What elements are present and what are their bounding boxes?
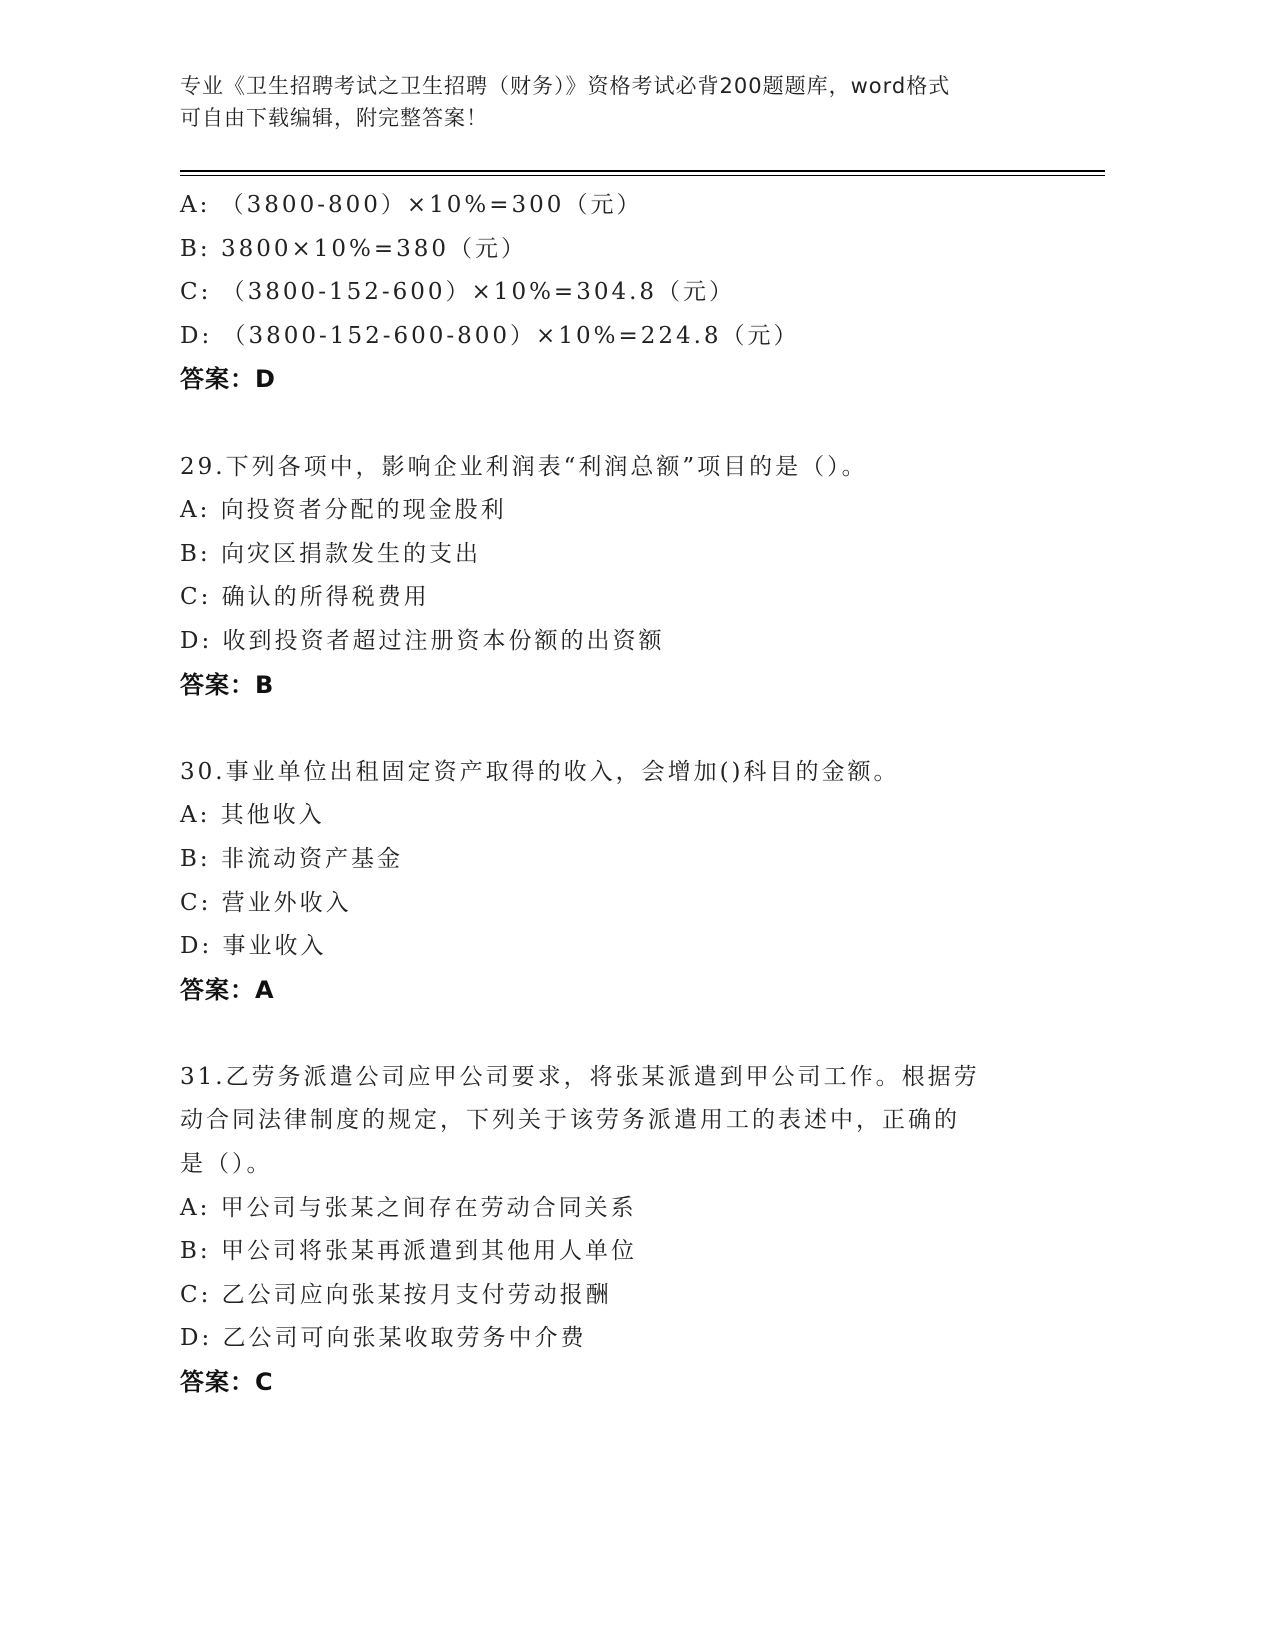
option-d: D: 事业收入 — [180, 925, 1040, 969]
option-c: C: 营业外收入 — [180, 882, 1040, 926]
option-d: D: （3800-152-600-800）×10%=224.8（元） — [180, 315, 1040, 359]
option-a: A: 甲公司与张某之间存在劳动合同关系 — [180, 1187, 1040, 1231]
document-body: A: （3800-800）×10%=300（元） B: 3800×10%=380… — [180, 184, 1040, 1405]
question-stem: 30.事业单位出租固定资产取得的收入，会增加()科目的金额。 — [180, 751, 1040, 795]
question-31: 31.乙劳务派遣公司应甲公司要求，将张某派遣到甲公司工作。根据劳 动合同法律制度… — [180, 1056, 1040, 1405]
header-divider — [180, 170, 1105, 176]
question-stem-line-3: 是（）。 — [180, 1143, 1040, 1187]
answer-line: 答案：B — [180, 664, 1040, 708]
header-title-line-1: 专业《卫生招聘考试之卫生招聘（财务）》资格考试必背200题题库，word格式 — [180, 70, 1040, 102]
question-stem-line-2: 动合同法律制度的规定，下列关于该劳务派遣用工的表述中，正确的 — [180, 1099, 1040, 1143]
document-header: 专业《卫生招聘考试之卫生招聘（财务）》资格考试必背200题题库，word格式 可… — [180, 70, 1040, 134]
option-c: C: 确认的所得税费用 — [180, 576, 1040, 620]
option-b: B: 甲公司将张某再派遣到其他用人单位 — [180, 1230, 1040, 1274]
question-30: 30.事业单位出租固定资产取得的收入，会增加()科目的金额。 A: 其他收入 B… — [180, 751, 1040, 1013]
question-29: 29.下列各项中，影响企业利润表“利润总额”项目的是（）。 A: 向投资者分配的… — [180, 446, 1040, 708]
option-b: B: 3800×10%=380（元） — [180, 228, 1040, 272]
spacer — [180, 707, 1040, 751]
option-d: D: 收到投资者超过注册资本份额的出资额 — [180, 620, 1040, 664]
option-b: B: 非流动资产基金 — [180, 838, 1040, 882]
option-b: B: 向灾区捐款发生的支出 — [180, 533, 1040, 577]
header-title-line-2: 可自由下载编辑，附完整答案！ — [180, 102, 1040, 134]
answer-line: 答案：C — [180, 1361, 1040, 1405]
question-28-continued: A: （3800-800）×10%=300（元） B: 3800×10%=380… — [180, 184, 1040, 402]
option-a: A: 向投资者分配的现金股利 — [180, 489, 1040, 533]
question-stem: 29.下列各项中，影响企业利润表“利润总额”项目的是（）。 — [180, 446, 1040, 490]
option-c: C: （3800-152-600）×10%=304.8（元） — [180, 271, 1040, 315]
option-a: A: 其他收入 — [180, 794, 1040, 838]
option-a: A: （3800-800）×10%=300（元） — [180, 184, 1040, 228]
answer-line: 答案：D — [180, 358, 1040, 402]
option-d: D: 乙公司可向张某收取劳务中介费 — [180, 1317, 1040, 1361]
answer-line: 答案：A — [180, 969, 1040, 1013]
spacer — [180, 1012, 1040, 1056]
spacer — [180, 402, 1040, 446]
option-c: C: 乙公司应向张某按月支付劳动报酬 — [180, 1274, 1040, 1318]
question-stem-line-1: 31.乙劳务派遣公司应甲公司要求，将张某派遣到甲公司工作。根据劳 — [180, 1056, 1040, 1100]
